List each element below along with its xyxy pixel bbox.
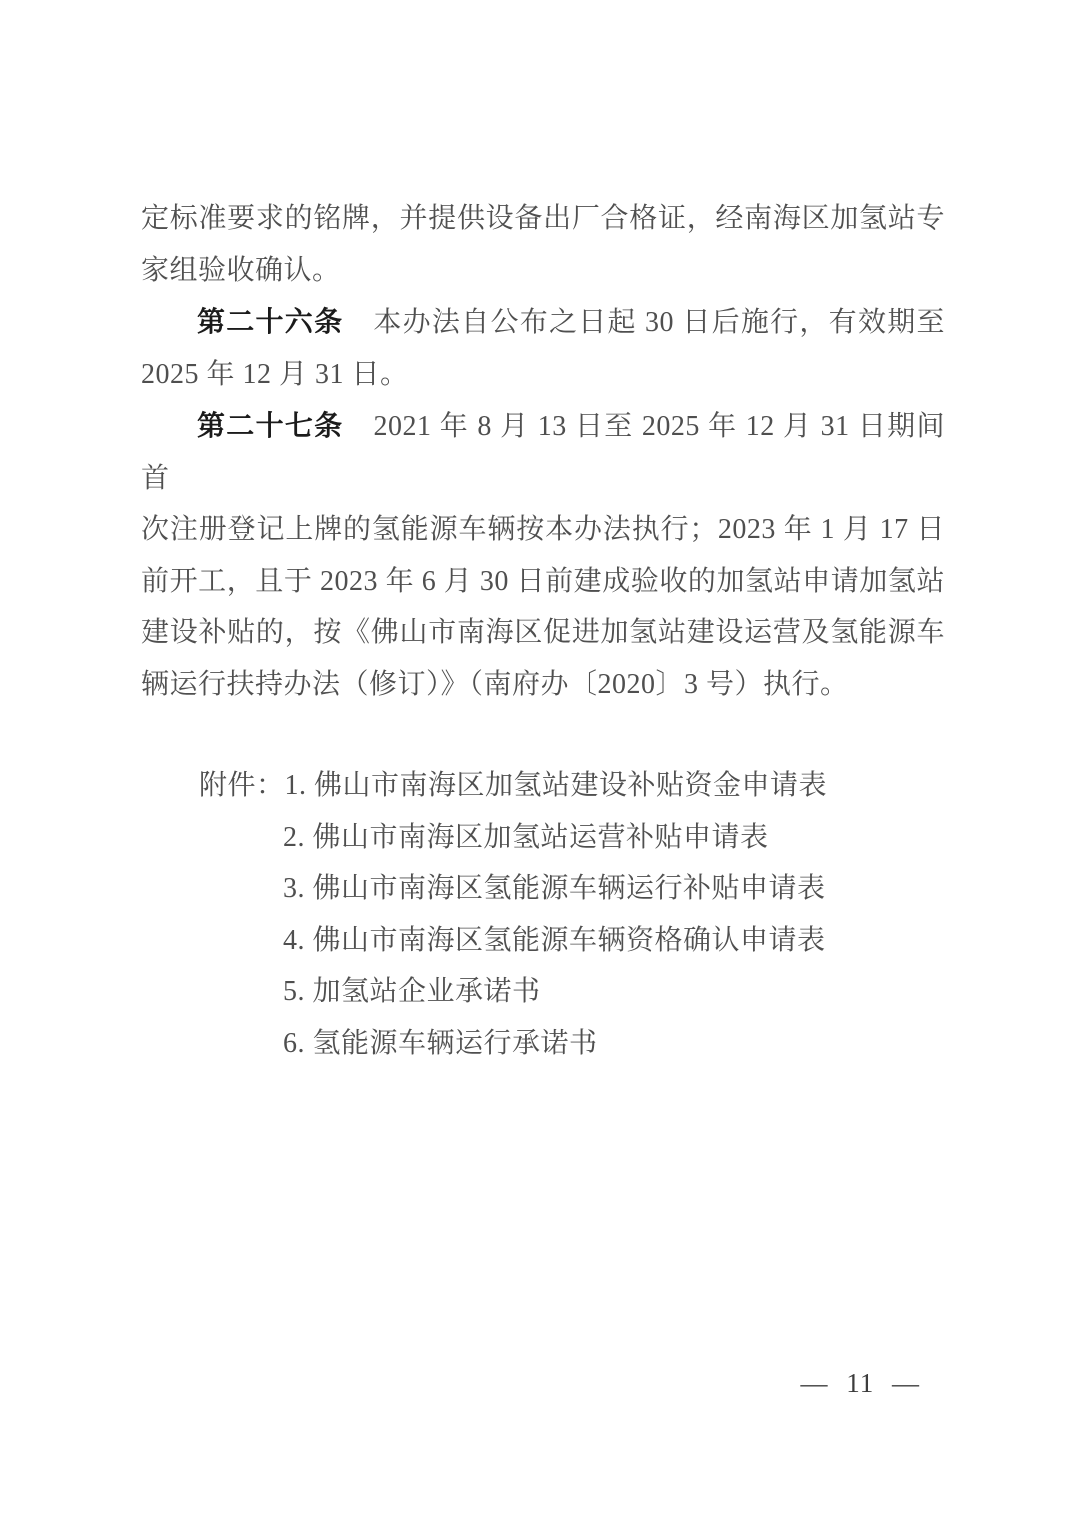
body-line-continuation-2: 家组验收确认。 — [141, 245, 945, 297]
body-line-continuation-1: 定标准要求的铭牌，并提供设备出厂合格证，经南海区加氢站专 — [141, 193, 945, 245]
article-26-line-2: 2025 年 12 月 31 日。 — [141, 349, 945, 401]
attachment-item-6: 6. 氢能源车辆运行承诺书 — [199, 1018, 945, 1070]
article-27-line-1: 第二十七条2021 年 8 月 13 日至 2025 年 12 月 31 日期间… — [141, 400, 945, 504]
attachments-label: 附件： — [199, 770, 285, 801]
page-number: — 11 — — [801, 1368, 921, 1399]
article-26-text: 本办法自公布之日起 30 日后施行，有效期至 — [373, 307, 945, 338]
attachment-item-5: 5. 加氢站企业承诺书 — [199, 966, 945, 1018]
attachment-item-1-text: 1. 佛山市南海区加氢站建设补贴资金申请表 — [285, 770, 828, 801]
article-26-line-1: 第二十六条本办法自公布之日起 30 日后施行，有效期至 — [141, 296, 945, 349]
attachments-list: 附件：1. 佛山市南海区加氢站建设补贴资金申请表 2. 佛山市南海区加氢站运营补… — [199, 760, 945, 1069]
article-27-line-2: 次注册登记上牌的氢能源车辆按本办法执行；2023 年 1 月 17 日 — [141, 504, 945, 556]
attachment-item-2: 2. 佛山市南海区加氢站运营补贴申请表 — [199, 812, 945, 864]
article-27-line-4: 建设补贴的，按《佛山市南海区促进加氢站建设运营及氢能源车 — [141, 607, 945, 659]
attachment-item-1: 附件：1. 佛山市南海区加氢站建设补贴资金申请表 — [199, 760, 945, 812]
attachment-item-4: 4. 佛山市南海区氢能源车辆资格确认申请表 — [199, 915, 945, 967]
document-body: 定标准要求的铭牌，并提供设备出厂合格证，经南海区加氢站专 家组验收确认。 第二十… — [141, 193, 945, 1069]
article-26-term: 第二十六条 — [197, 306, 343, 337]
article-27-term: 第二十七条 — [197, 410, 343, 441]
article-27-line-3: 前开工，且于 2023 年 6 月 30 日前建成验收的加氢站申请加氢站 — [141, 556, 945, 608]
document-page: 定标准要求的铭牌，并提供设备出厂合格证，经南海区加氢站专 家组验收确认。 第二十… — [0, 0, 1080, 1527]
article-27-line-5: 辆运行扶持办法（修订）》（南府办〔2020〕3 号）执行。 — [141, 659, 945, 711]
attachment-item-3: 3. 佛山市南海区氢能源车辆运行补贴申请表 — [199, 863, 945, 915]
